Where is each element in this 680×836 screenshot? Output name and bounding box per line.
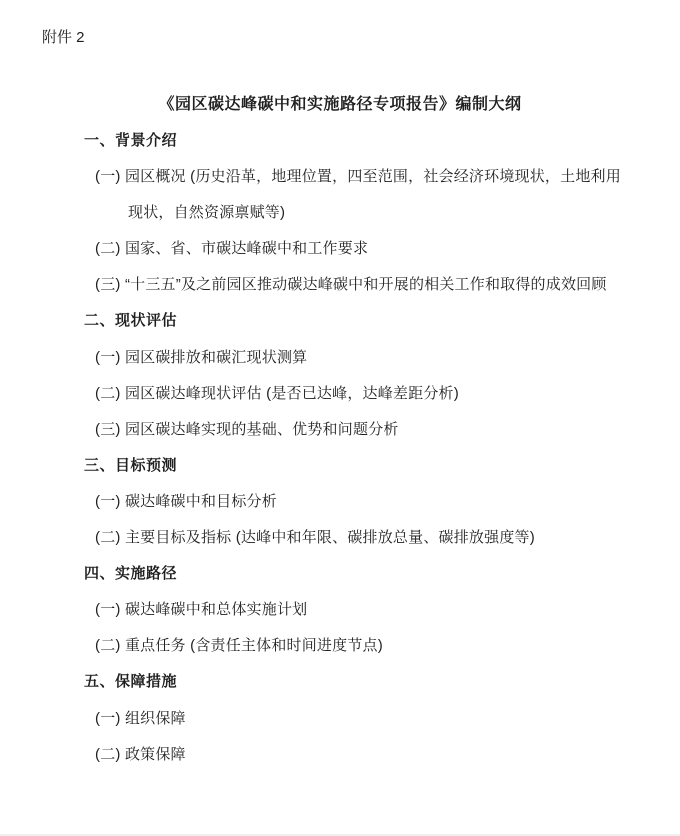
outline-item: (二) 重点任务 (含责任主体和时间进度节点): [128, 628, 680, 664]
outline-item: (三) 园区碳达峰实现的基础、优势和问题分析: [128, 412, 680, 448]
section-heading-2: 二、现状评估: [84, 303, 680, 339]
attachment-label: 附件 2: [42, 28, 85, 48]
section-heading-3: 三、目标预测: [84, 448, 680, 484]
outline-item: (一) 园区碳排放和碳汇现状测算: [128, 340, 680, 376]
outline-item: (一) 园区概况 (历史沿革，地理位置，四至范围，社会经济环境现状，土地利用 现…: [128, 159, 680, 231]
document-page: 附件 2 《园区碳达峰碳中和实施路径专项报告》编制大纲 一、背景介绍 (一) 园…: [0, 0, 680, 836]
section-heading-5: 五、保障措施: [84, 664, 680, 700]
outline-item: (二) 主要目标及指标 (达峰中和年限、碳排放总量、碳排放强度等): [128, 520, 680, 556]
outline-item: (一) 碳达峰碳中和目标分析: [128, 484, 680, 520]
outline-item: (一) 碳达峰碳中和总体实施计划: [128, 592, 680, 628]
outline-item: (一) 组织保障: [128, 701, 680, 737]
outline-item: (二) 政策保障: [128, 737, 680, 773]
doc-title: 《园区碳达峰碳中和实施路径专项报告》编制大纲: [0, 94, 680, 116]
outline-item: (二) 国家、省、市碳达峰碳中和工作要求: [128, 231, 680, 267]
outline-body: 一、背景介绍 (一) 园区概况 (历史沿革，地理位置，四至范围，社会经济环境现状…: [128, 123, 680, 773]
section-heading-1: 一、背景介绍: [84, 123, 680, 159]
outline-item: (三) “十三五”及之前园区推动碳达峰碳中和开展的相关工作和取得的成效回顾: [128, 267, 680, 303]
outline-item: (二) 园区碳达峰现状评估 (是否已达峰，达峰差距分析): [128, 376, 680, 412]
section-heading-4: 四、实施路径: [84, 556, 680, 592]
